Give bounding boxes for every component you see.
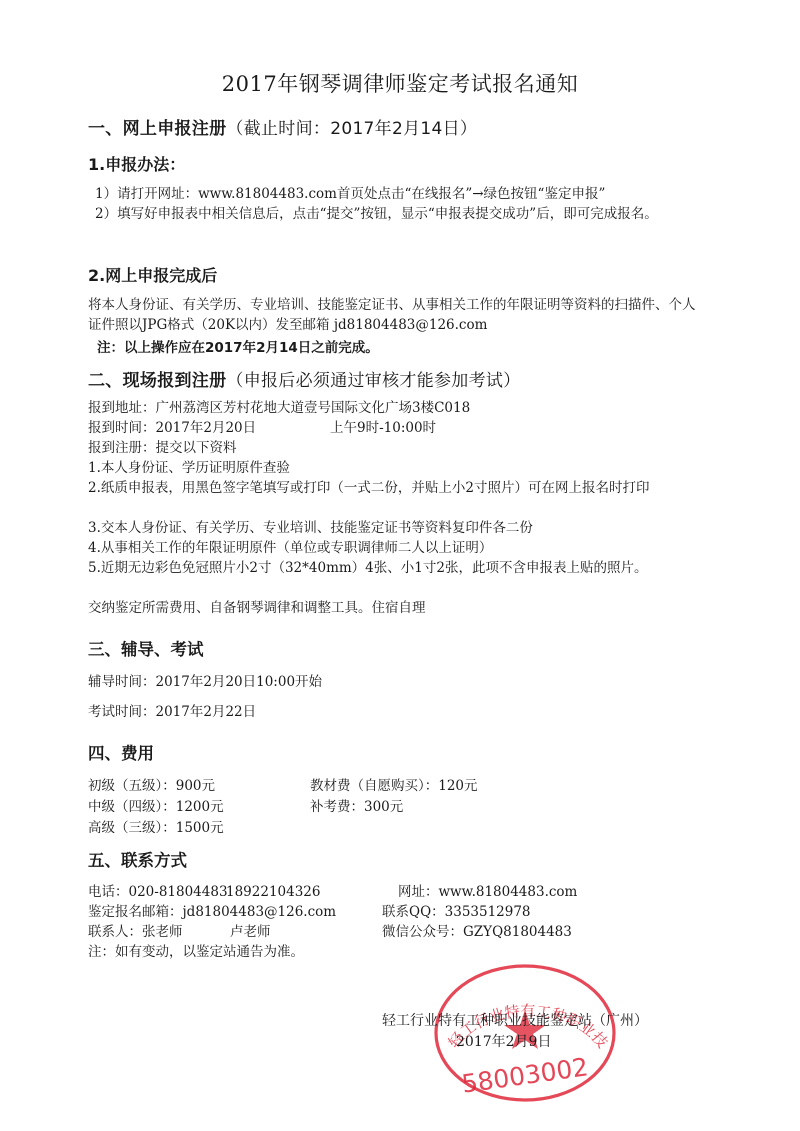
tutoring-time: 辅导时间：2017年2月20日10:00开始 (88, 672, 322, 692)
fee-junior: 初级（五级）：900元 (88, 776, 215, 796)
requirement-item-5: 5.近期无边彩色免冠照片小2寸（32*40mm）4张、小1寸2张，此项不含申报表… (88, 558, 708, 578)
fee-intermediate: 中级（四级）：1200元 (88, 797, 224, 817)
section1-heading: 一、网上申报注册（截止时间：2017年2月14日） (88, 114, 477, 139)
checkin-address: 报到地址：广州荔湾区芳村花地大道壹号国际文化广场3楼C018 (88, 398, 470, 418)
section1-heading-deadline: （截止时间：2017年2月14日） (226, 119, 477, 139)
requirement-item-3: 3.交本人身份证、有关学历、专业培训、技能鉴定证书等资料复印件各二份 (88, 518, 533, 538)
contact-email: 鉴定报名邮箱：jd81804483@126.com (88, 902, 336, 922)
section3-heading: 三、辅导、考试 (88, 636, 204, 660)
requirement-footer: 交纳鉴定所需费用、自备钢琴调律和调整工具。住宿自理 (88, 598, 426, 618)
sub1-heading: 1.申报办法： (88, 152, 185, 175)
section4-heading: 四、费用 (88, 740, 154, 764)
fee-textbook: 教材费（自愿购买）：120元 (310, 776, 478, 796)
section2-heading: 二、现场报到注册（申报后必须通过审核才能参加考试） (88, 366, 521, 391)
issuing-organization: 轻工行业特有工种职业技能鉴定站（广州） (382, 1010, 648, 1030)
sub2-note: 注：以上操作应在2017年2月14日之前完成。 (97, 336, 379, 356)
section2-heading-note: （申报后必须通过审核才能参加考试） (226, 371, 520, 391)
section2-heading-main: 二、现场报到注册 (88, 371, 226, 391)
requirement-item-1: 1.本人身份证、学历证明原件查验 (88, 458, 290, 478)
fee-senior: 高级（三级）：1500元 (88, 818, 224, 838)
contact-website: 网址：www.81804483.com (398, 882, 577, 902)
checkin-register: 报到注册：提交以下资料 (88, 438, 237, 458)
sub2-heading: 2.网上申报完成后 (88, 263, 217, 286)
issue-date: 2017年2月9日 (456, 1031, 551, 1051)
contact-mobile: 18922104326 (226, 882, 320, 902)
requirement-item-4: 4.从事相关工作的年限证明原件（单位或专职调律师二人以上证明） (88, 538, 492, 558)
section1-heading-main: 一、网上申报注册 (88, 119, 226, 139)
sub1-step2: 2）填写好申报表中相关信息后，点击“提交”按钮，显示“申报表提交成功”后，即可完… (88, 204, 708, 224)
notice-document: 2017年钢琴调律师鉴定考试报名通知 一、网上申报注册（截止时间：2017年2月… (0, 0, 800, 1131)
document-title: 2017年钢琴调律师鉴定考试报名通知 (0, 68, 800, 98)
checkin-hours: 上午9时-10:00时 (330, 418, 436, 438)
contact-qq: 联系QQ：3353512978 (382, 902, 531, 922)
exam-time: 考试时间：2017年2月22日 (88, 702, 256, 722)
fee-retake: 补考费：300元 (310, 797, 403, 817)
contact-person-2: 卢老师 (230, 922, 271, 942)
requirement-item-2: 2.纸质申报表，用黑色签字笔填写或打印（一式二份，并贴上小2寸照片）可在网上报名… (88, 478, 708, 498)
section5-heading: 五、联系方式 (88, 847, 187, 871)
sub1-step1: 1）请打开网址：www.81804483.com首页处点击“在线报名”→绿色按钮… (95, 184, 605, 204)
contact-note: 注：如有变动，以鉴定站通告为准。 (88, 942, 304, 962)
sub2-text: 将本人身份证、有关学历、专业培训、技能鉴定证书、从事相关工作的年限证明等资料的扫… (88, 295, 708, 335)
contact-phone: 电话：020-81804483 (88, 882, 228, 902)
contact-wechat: 微信公众号：GZYQ81804483 (382, 922, 572, 942)
checkin-date: 报到时间：2017年2月20日 (88, 418, 256, 438)
contact-person-1: 联系人：张老师 (88, 922, 183, 942)
